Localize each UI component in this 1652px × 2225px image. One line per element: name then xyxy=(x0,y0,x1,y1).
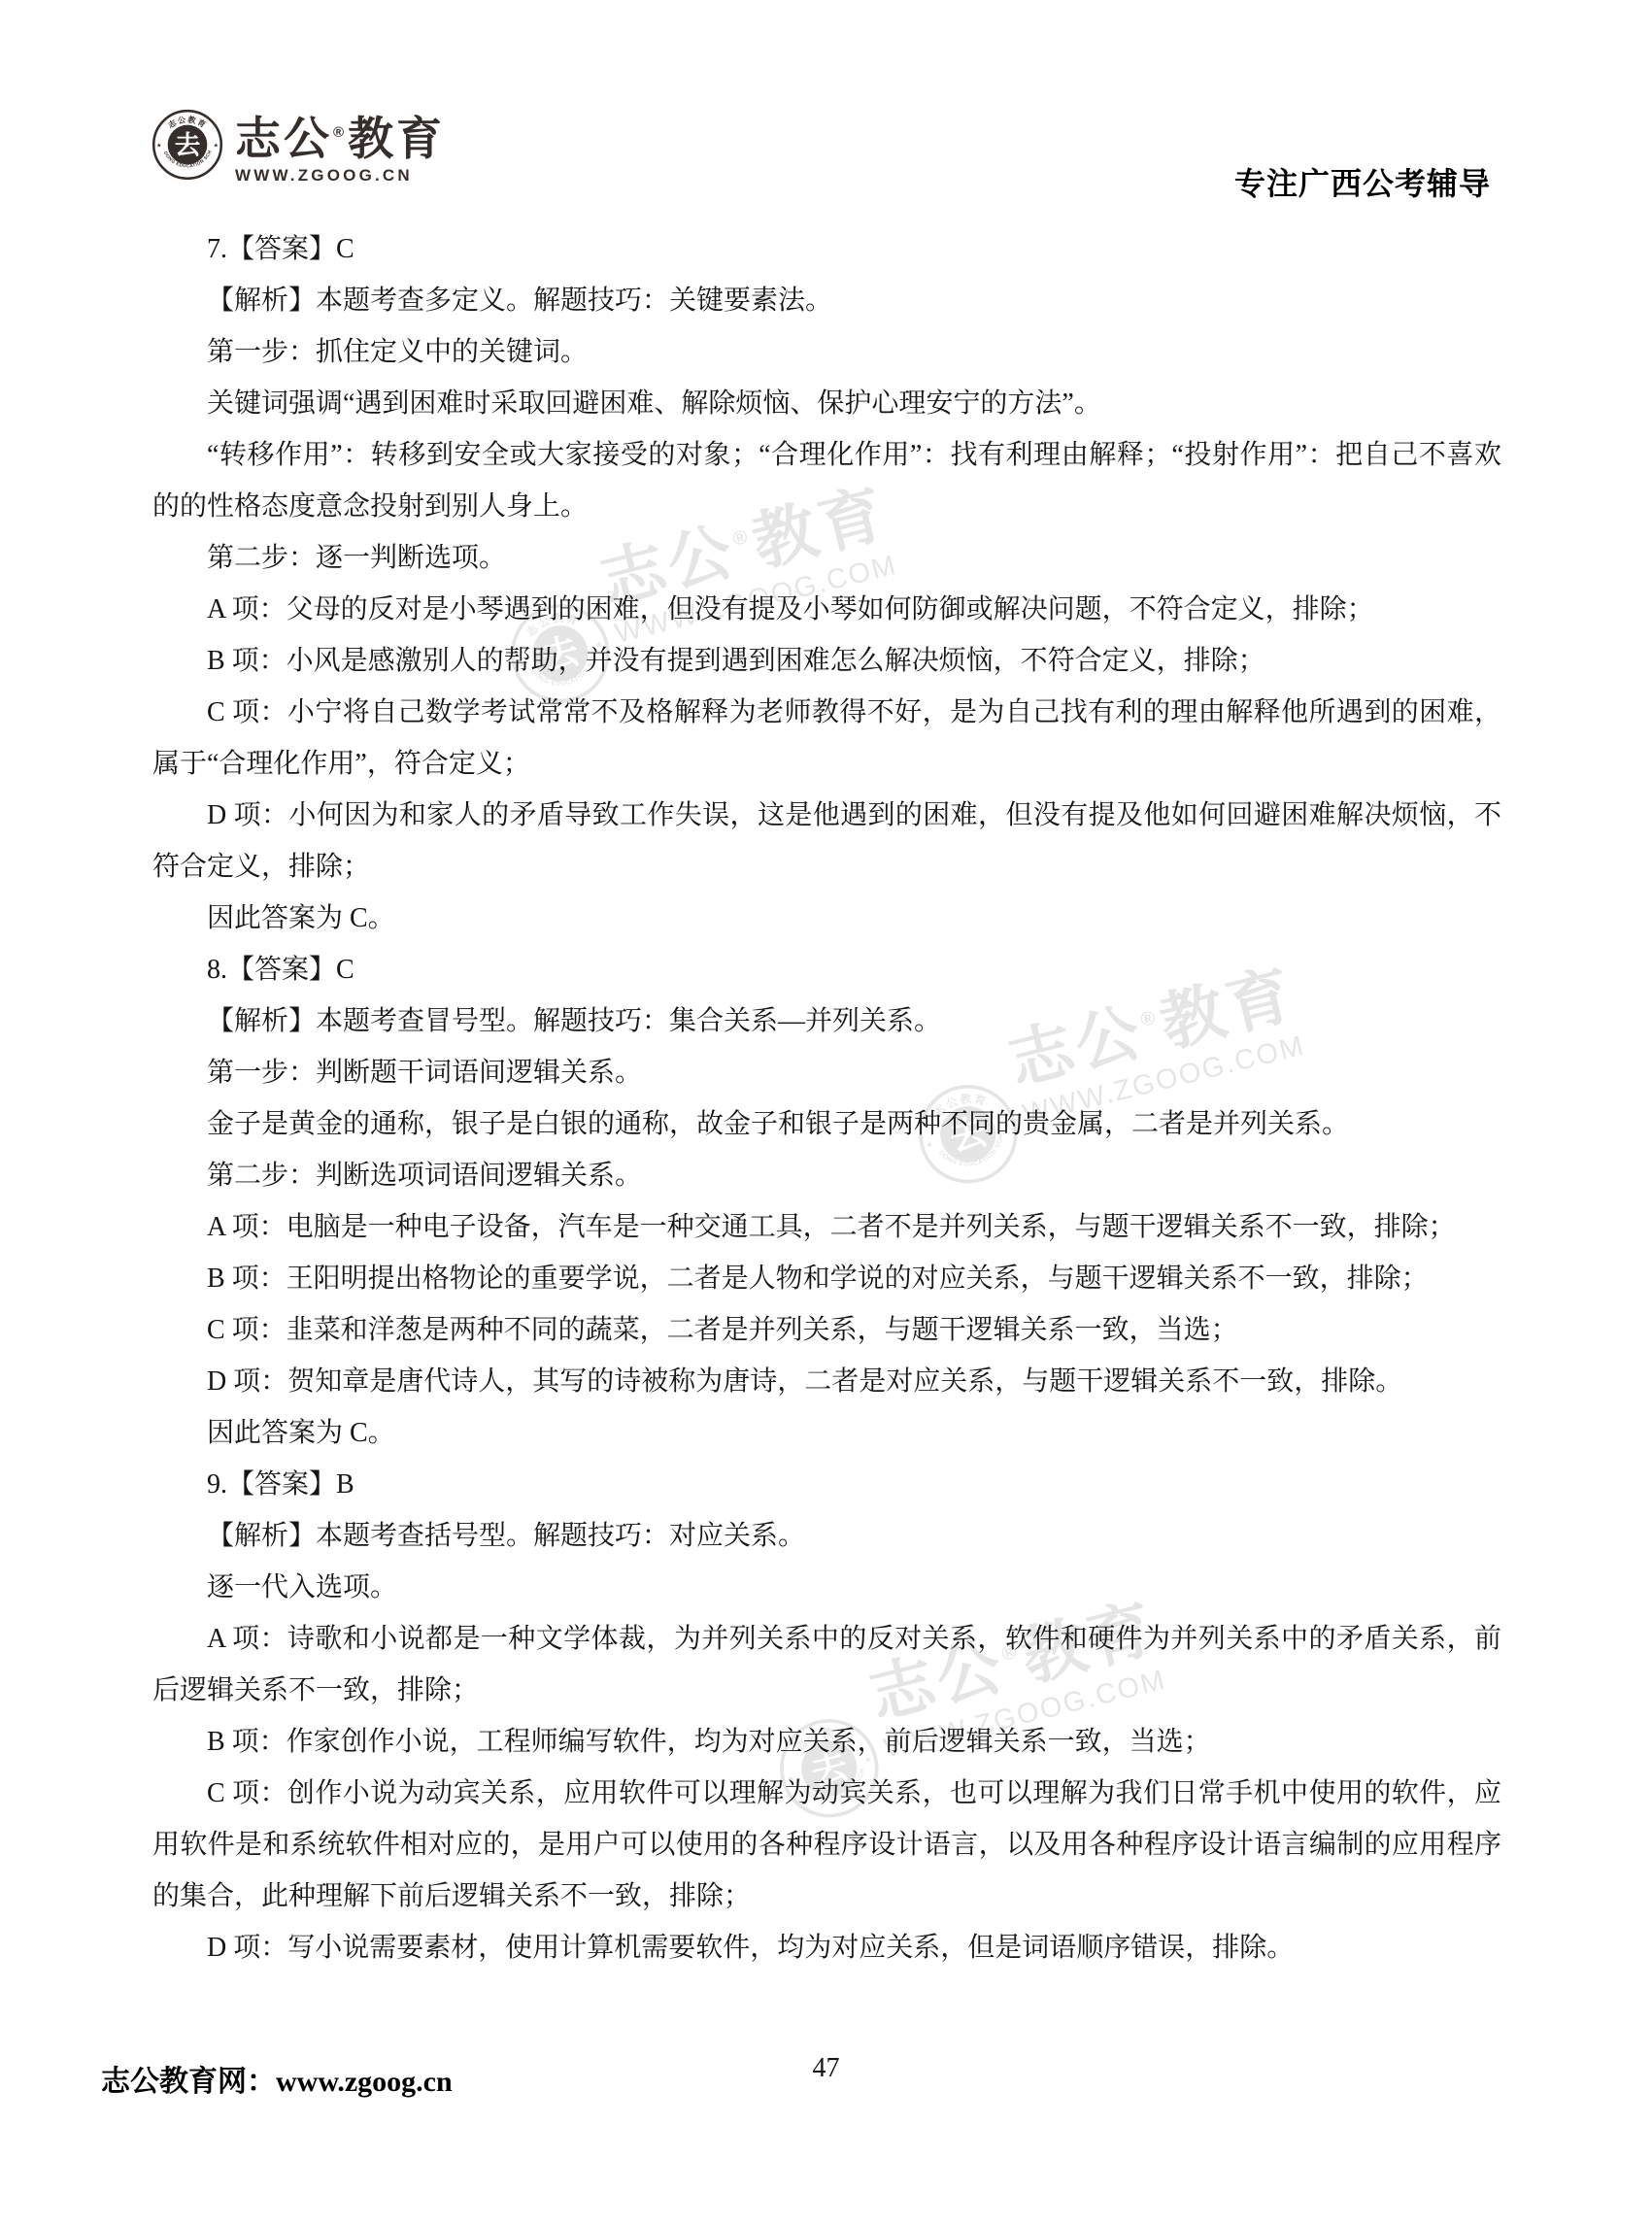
paragraph: 【解析】本题考查括号型。解题技巧：对应关系。 xyxy=(152,1510,1501,1562)
paragraph: B 项：王阳明提出格物论的重要学说，二者是人物和学说的对应关系，与题干逻辑关系不… xyxy=(152,1253,1501,1304)
paragraph: “转移作用”：转移到安全或大家接受的对象；“合理化作用”：找有利理由解释；“投射… xyxy=(152,429,1501,532)
paragraph: 第二步：判断选项词语间逻辑关系。 xyxy=(152,1150,1501,1201)
paragraph: A 项：父母的反对是小琴遇到的困难，但没有提及小琴如何防御或解决问题，不符合定义… xyxy=(152,584,1501,635)
brand-seal-icon: 志公教育 ZHIGOONG EDUCATION SCHOOL ★ ★ 去 xyxy=(152,109,223,181)
star-icon: ★ xyxy=(156,143,161,150)
document-body: 7.【答案】C【解析】本题考查多定义。解题技巧：关键要素法。第一步：抓住定义中的… xyxy=(152,223,1501,1973)
paragraph: C 项：小宁将自己数学考试常常不及格解释为老师教得不好，是为自己找有利的理由解释… xyxy=(152,687,1501,790)
paragraph: 【解析】本题考查冒号型。解题技巧：集合关系—并列关系。 xyxy=(152,995,1501,1047)
paragraph: B 项：作家创作小说，工程师编写软件，均为对应关系，前后逻辑关系一致，当选； xyxy=(152,1716,1501,1768)
page-number: 47 xyxy=(0,2053,1652,2084)
paragraph: 第一步：抓住定义中的关键词。 xyxy=(152,326,1501,378)
paragraph: D 项：写小说需要素材，使用计算机需要软件，均为对应关系，但是词语顺序错误，排除… xyxy=(152,1922,1501,1973)
header-slogan: 专注广西公考辅导 xyxy=(1234,159,1491,204)
paragraph: 7.【答案】C xyxy=(152,223,1501,275)
paragraph: B 项：小风是感激别人的帮助，并没有提到遇到困难怎么解决烦恼，不符合定义，排除； xyxy=(152,635,1501,687)
brand-logo: 志公教育 ZHIGOONG EDUCATION SCHOOL ★ ★ 去 志公®… xyxy=(152,109,445,185)
paragraph: A 项：电脑是一种电子设备，汽车是一种交通工具，二者不是并列关系，与题干逻辑关系… xyxy=(152,1201,1501,1253)
document-page: 志公教育 ZHIGOONG EDUCATION SCHOOL ★ ★ 去 志公®… xyxy=(0,0,1652,2225)
brand-url: WWW.ZGOOG.CN xyxy=(235,166,445,185)
registered-mark-icon: ® xyxy=(333,124,347,141)
paragraph: D 项：小何因为和家人的矛盾导致工作失误，这是他遇到的困难，但没有提及他如何回避… xyxy=(152,790,1501,893)
brand-name-left: 志公 xyxy=(235,113,332,164)
paragraph: 第一步：判断题干词语间逻辑关系。 xyxy=(152,1047,1501,1098)
paragraph: 8.【答案】C xyxy=(152,944,1501,995)
brand-text-block: 志公®教育 WWW.ZGOOG.CN xyxy=(235,109,445,185)
paragraph: 9.【答案】B xyxy=(152,1459,1501,1510)
paragraph: A 项：诗歌和小说都是一种文学体裁，为并列关系中的反对关系，软件和硬件为并列关系… xyxy=(152,1613,1501,1716)
paragraph: D 项：贺知章是唐代诗人，其写的诗被称为唐诗，二者是对应关系，与题干逻辑关系不一… xyxy=(152,1356,1501,1407)
paragraph: 因此答案为 C。 xyxy=(152,1407,1501,1459)
seal-glyph: 去 xyxy=(175,131,201,160)
paragraph: 金子是黄金的通称，银子是白银的通称，故金子和银子是两种不同的贵金属，二者是并列关… xyxy=(152,1098,1501,1150)
paragraph: 因此答案为 C。 xyxy=(152,893,1501,944)
star-icon: ★ xyxy=(214,143,219,150)
paragraph: 【解析】本题考查多定义。解题技巧：关键要素法。 xyxy=(152,275,1501,326)
paragraph: C 项：创作小说为动宾关系，应用软件可以理解为动宾关系，也可以理解为我们日常手机… xyxy=(152,1768,1501,1922)
paragraph: 关键词强调“遇到困难时采取回避困难、解除烦恼、保护心理安宁的方法”。 xyxy=(152,378,1501,429)
brand-name: 志公®教育 xyxy=(235,109,445,163)
paragraph: 第二步：逐一判断选项。 xyxy=(152,532,1501,584)
brand-name-right: 教育 xyxy=(348,113,445,164)
paragraph: 逐一代入选项。 xyxy=(152,1562,1501,1613)
paragraph: C 项：韭菜和洋葱是两种不同的蔬菜，二者是并列关系，与题干逻辑关系一致，当选； xyxy=(152,1304,1501,1356)
